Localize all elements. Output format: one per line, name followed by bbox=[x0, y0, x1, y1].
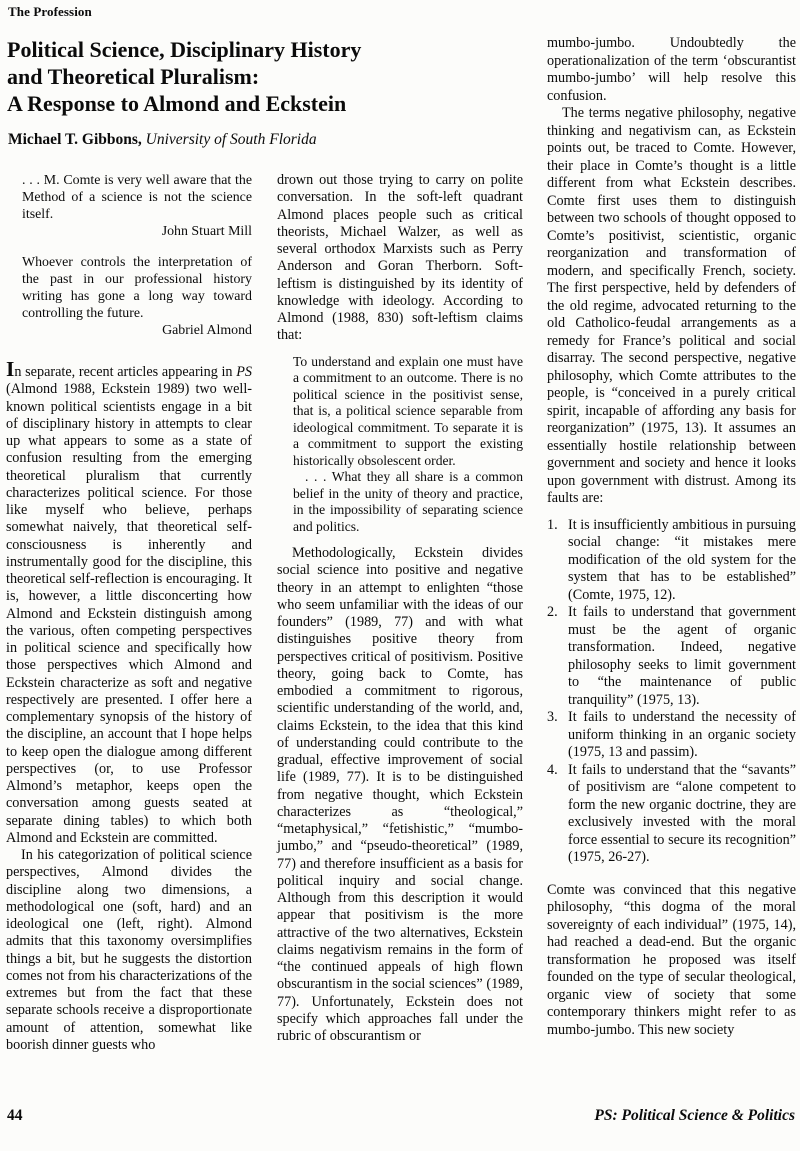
list-item-text: It fails to understand the necessity of … bbox=[568, 709, 796, 762]
article-title-line-1: Political Science, Disciplinary History bbox=[7, 36, 547, 63]
list-item: 3. It fails to understand the necessity … bbox=[547, 709, 796, 762]
paragraph-methodologically: Methodologically, Eckstein divides socia… bbox=[277, 545, 523, 1045]
list-item-number: 3. bbox=[547, 709, 568, 762]
blockquote-paragraph-2: . . . What they all share is a common be… bbox=[293, 469, 523, 535]
blockquote-almond: To understand and explain one must have … bbox=[293, 354, 523, 536]
faults-list: 1. It is insufficiently ambitious in pur… bbox=[547, 517, 796, 867]
paragraph-continuation-middle: drown out those trying to carry on polit… bbox=[277, 172, 523, 345]
column-left: . . . M. Comte is very well aware that t… bbox=[6, 172, 252, 1054]
list-item-number: 1. bbox=[547, 517, 568, 605]
article-title-line-3: A Response to Almond and Eckstein bbox=[7, 90, 547, 117]
epigraph-almond-text: Whoever controls the interpretation of t… bbox=[22, 254, 252, 322]
section-kicker: The Profession bbox=[8, 4, 92, 20]
paragraph-lead-text: n separate, recent articles appearing in… bbox=[6, 364, 252, 846]
article-title-line-2: and Theoretical Pluralism: bbox=[7, 63, 547, 90]
list-item-text: It fails to understand that government m… bbox=[568, 604, 796, 709]
paragraph-continuation-right: mumbo-jumbo. Undoubtedly the operational… bbox=[547, 35, 796, 105]
list-item-number: 4. bbox=[547, 762, 568, 867]
paragraph-categorization: In his categorization of political scien… bbox=[6, 847, 252, 1054]
author-name: Michael T. Gibbons, bbox=[8, 131, 142, 148]
column-middle: drown out those trying to carry on polit… bbox=[277, 172, 523, 1045]
epigraph-almond-attribution: Gabriel Almond bbox=[22, 322, 252, 339]
blockquote-paragraph-1: To understand and explain one must have … bbox=[293, 354, 523, 470]
list-item: 2. It fails to understand that governmen… bbox=[547, 604, 796, 709]
column-right: mumbo-jumbo. Undoubtedly the operational… bbox=[547, 35, 796, 1039]
article-title: Political Science, Disciplinary History … bbox=[7, 36, 547, 117]
list-item: 1. It is insufficiently ambitious in pur… bbox=[547, 517, 796, 605]
journal-article-page: The Profession Political Science, Discip… bbox=[0, 0, 800, 1151]
journal-title: PS: Political Science & Politics bbox=[594, 1107, 795, 1125]
paragraph-lead: In separate, recent articles appearing i… bbox=[6, 359, 252, 847]
epigraph-almond: Whoever controls the interpretation of t… bbox=[22, 254, 252, 339]
list-item-text: It fails to understand that the “savants… bbox=[568, 762, 796, 867]
list-item-text: It is insufficiently ambitious in pursui… bbox=[568, 517, 796, 605]
author-affiliation: University of South Florida bbox=[146, 131, 317, 148]
epigraph-mill: . . . M. Comte is very well aware that t… bbox=[22, 172, 252, 240]
epigraph-mill-text: . . . M. Comte is very well aware that t… bbox=[22, 172, 252, 223]
epigraph-mill-attribution: John Stuart Mill bbox=[22, 223, 252, 240]
page-number: 44 bbox=[7, 1107, 23, 1125]
paragraph-negative-philosophy: The terms negative philosophy, negative … bbox=[547, 105, 796, 508]
byline: Michael T. Gibbons, University of South … bbox=[8, 131, 317, 149]
list-item: 4. It fails to understand that the “sava… bbox=[547, 762, 796, 867]
list-item-number: 2. bbox=[547, 604, 568, 709]
paragraph-comte-convinced: Comte was convinced that this negative p… bbox=[547, 882, 796, 1040]
